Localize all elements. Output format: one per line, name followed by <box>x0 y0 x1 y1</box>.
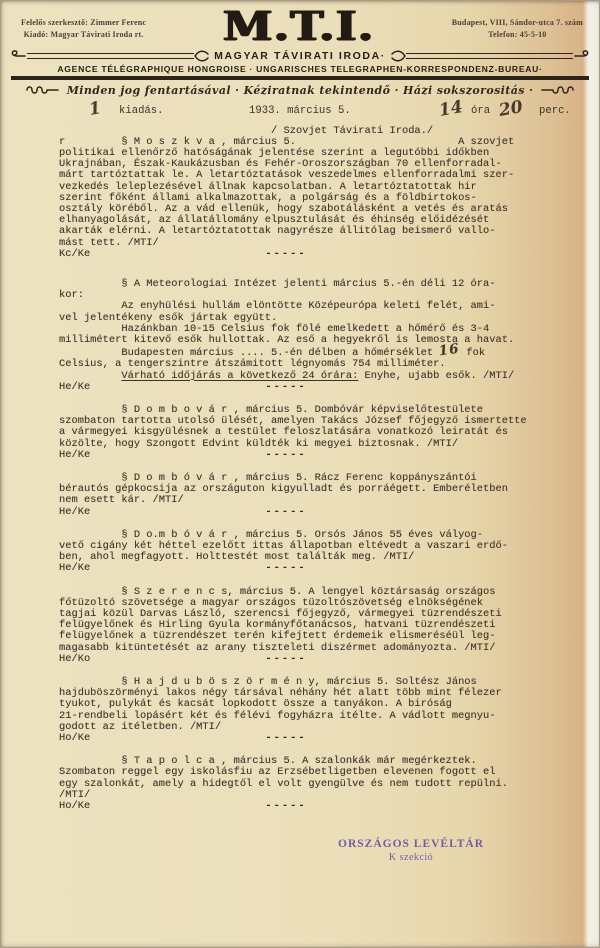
separator-dashes: ----- <box>59 563 513 574</box>
section-footer: He/Ke ----- <box>59 450 573 461</box>
news-section-tapolca: § T a p o l c a , március 5. A szalonkák… <box>59 756 573 812</box>
hour-handwritten: 14 <box>437 97 464 121</box>
temperature-handwritten: 16 <box>439 344 461 358</box>
section-footer: Kc/Ke ----- <box>59 249 573 260</box>
flourish-left-icon <box>194 49 210 63</box>
news-section-hajduboszormeny: § H a j d u b ö s z ö r m é n y, március… <box>59 677 573 744</box>
mti-logo: M.T.I. <box>223 7 375 47</box>
minute-handwritten: 20 <box>497 97 524 121</box>
section-footer: He/Ko ----- <box>59 654 573 665</box>
section-text: § D o m b o v á r , március 5. Dombóvár … <box>59 405 573 450</box>
masthead: Felelős szerkesztő: Zimmer Ferenc Kiadó:… <box>1 1 599 47</box>
section-footer: Ho/Ke ----- <box>59 733 573 744</box>
rights-row: Minden jog fentartásával · Kéziratnak te… <box>1 84 599 97</box>
address-info: Budapest, VIII, Sándor-utca 7. szám Tele… <box>452 17 583 41</box>
stamp-line1: ORSZÁGOS LEVÉLTÁR <box>301 838 521 850</box>
section-text: § A Meteorologiai Intézet jelenti márciu… <box>59 279 573 346</box>
section-footer: Ho/Ke ----- <box>59 801 573 812</box>
bulletin-date: 1933. március 5. <box>249 105 351 117</box>
thick-rule <box>11 76 589 80</box>
separator-dashes: ----- <box>59 801 513 812</box>
scroll-ornament-right-icon <box>541 84 575 96</box>
agency-subtitle: AGENCE TÉLÉGRAPHIQUE HONGROISE · UNGARIS… <box>1 64 599 74</box>
separator-dashes: ----- <box>59 450 513 461</box>
section-text: § D o m b ó v á r , március 5. Rácz Fere… <box>59 473 573 507</box>
forecast-underlined: Várható időjárás a következő 24 órára: <box>121 370 358 382</box>
news-section-dombovar-1: § D o m b o v á r , március 5. Dombóvár … <box>59 405 573 461</box>
minute-label: perc. <box>539 105 571 117</box>
section-text: § S z e r e n c s, március 5. A lengyel … <box>59 587 573 654</box>
forecast-line: Várható időjárás a következő 24 órára: E… <box>59 371 573 382</box>
flourish-right-icon <box>390 49 406 63</box>
news-section-dombovar-3: § D o.m b ó v á r , március 5. Orsós Ján… <box>59 530 573 575</box>
separator-dashes: ----- <box>59 507 513 518</box>
double-rule-left <box>27 53 194 59</box>
edition-number-handwritten: 1 <box>87 98 102 120</box>
news-section-dombovar-2: § D o m b ó v á r , március 5. Rácz Fere… <box>59 473 573 518</box>
section-text: § T a p o l c a , március 5. A szalonkák… <box>59 756 573 801</box>
section-text: § H a j d u b ö s z ö r m é n y, március… <box>59 677 573 733</box>
rights-notice: Minden jog fentartásával · Kéziratnak te… <box>67 84 534 97</box>
news-section-szerencs: § S z e r e n c s, március 5. A lengyel … <box>59 587 573 665</box>
archive-stamp: ORSZÁGOS LEVÉLTÁR K szekció <box>301 838 521 863</box>
news-section-moszkva: / Szovjet Távirati Iroda./ r § M o s z k… <box>59 126 573 260</box>
section-footer: He/Ke ----- <box>59 507 573 518</box>
section-footer: He/Ke ----- <box>59 563 573 574</box>
spiral-ornament-left-icon <box>9 49 27 63</box>
spiral-ornament-right-icon <box>573 49 591 63</box>
section-text: / Szovjet Távirati Iroda./ r § M o s z k… <box>59 126 573 249</box>
scroll-ornament-left-icon <box>25 84 59 96</box>
forecast-indent <box>59 370 121 382</box>
edition-row: 1 kiadás. 1933. március 5. 14 óra 20 per… <box>1 100 599 124</box>
news-section-meteorologia: § A Meteorologiai Intézet jelenti márciu… <box>59 279 573 393</box>
hour-label: óra <box>471 105 490 117</box>
publisher-line: Kiadó: Magyar Távirati Iroda rt. <box>21 29 146 41</box>
editor-info: Felelős szerkesztő: Zimmer Ferenc Kiadó:… <box>21 17 146 41</box>
section-footer: He/Ke ----- <box>59 382 573 393</box>
bulletin-body: / Szovjet Távirati Iroda./ r § M o s z k… <box>1 124 599 813</box>
address-line: Budapest, VIII, Sándor-utca 7. szám <box>452 17 583 29</box>
separator-dashes: ----- <box>59 654 513 665</box>
separator-dashes: ----- <box>59 382 513 393</box>
separator-dashes: ----- <box>59 733 513 744</box>
separator-dashes: ----- <box>59 249 513 260</box>
telephone-line: Telefon: 45-5-10 <box>452 29 583 41</box>
temperature-line-post: fok <box>460 347 485 359</box>
scanned-bulletin-page: Felelős szerkesztő: Zimmer Ferenc Kiadó:… <box>0 0 600 948</box>
edition-label: kiadás. <box>119 105 164 117</box>
editor-line1: Felelős szerkesztő: Zimmer Ferenc <box>21 17 146 29</box>
double-rule-right <box>406 53 573 59</box>
banner-ribbon: MAGYAR TÁVIRATI IRODA· <box>1 49 599 63</box>
stamp-line2: K szekció <box>301 852 521 863</box>
banner-title: MAGYAR TÁVIRATI IRODA· <box>210 50 390 62</box>
forecast-rest: Enyhe, ujabb esők. /MTI/ <box>358 370 514 382</box>
section-text: § D o.m b ó v á r , március 5. Orsós Ján… <box>59 530 573 564</box>
